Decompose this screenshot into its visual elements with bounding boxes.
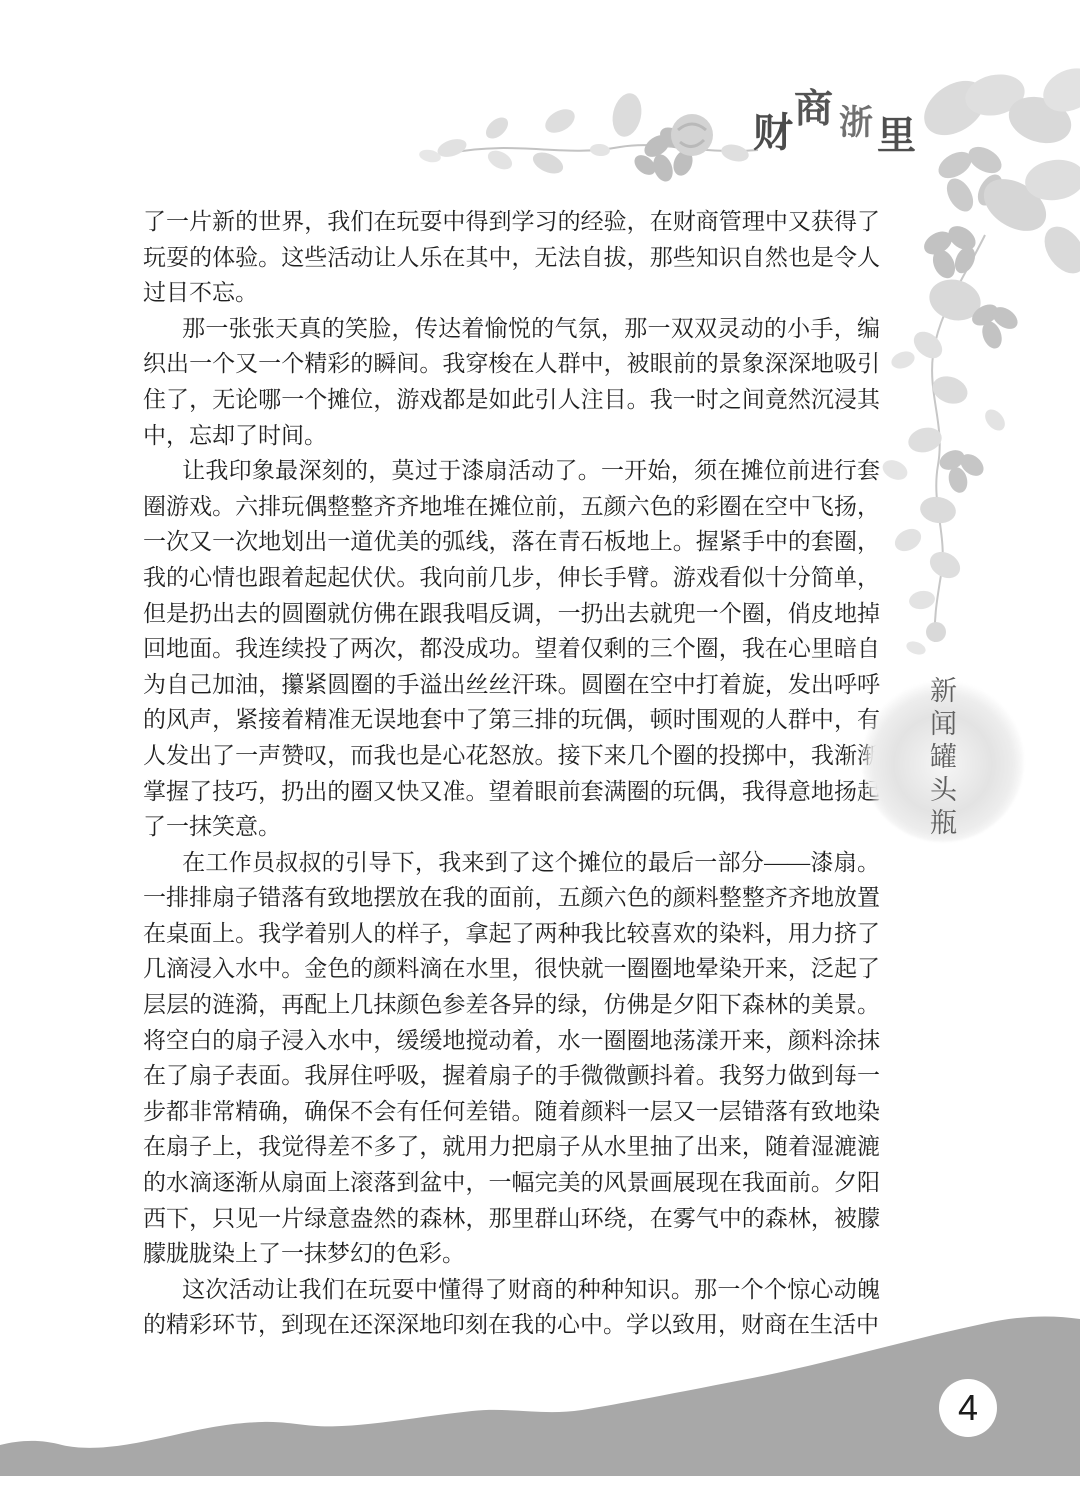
footer-wave [0,1295,1080,1495]
page-number: 4 [958,1387,978,1429]
masthead-char: 浙 [839,106,873,140]
paragraph: 在工作员叔叔的引导下，我来到了这个摊位的最后一部分——漆扇。一排排扇子错落有致地… [143,845,880,1272]
column-vertical-title: 新闻罐头瓶 [923,676,959,861]
book-page: 财 商 浙 里 了一片新的世界，我们在玩耍中得到学习的经验，在财商管理中又获得了… [0,0,1080,1495]
masthead-char: 里 [877,117,916,156]
paragraph: 那一张张天真的笑脸，传达着愉悦的气氛，那一双双灵动的小手，编织出一个又一个精彩的… [143,311,880,453]
paragraph: 了一片新的世界，我们在玩耍中得到学习的经验，在财商管理中又获得了玩耍的体验。这些… [143,204,880,311]
paragraph: 让我印象最深刻的，莫过于漆扇活动了。一开始，须在摊位前进行套圈游戏。六排玩偶整整… [143,453,880,845]
page-number-badge: 4 [939,1379,997,1437]
masthead-char: 商 [794,90,833,129]
masthead-char: 财 [753,113,793,153]
masthead: 财 商 浙 里 [0,0,1080,200]
essay-body: 了一片新的世界，我们在玩耍中得到学习的经验，在财商管理中又获得了玩耍的体验。这些… [143,204,880,1343]
